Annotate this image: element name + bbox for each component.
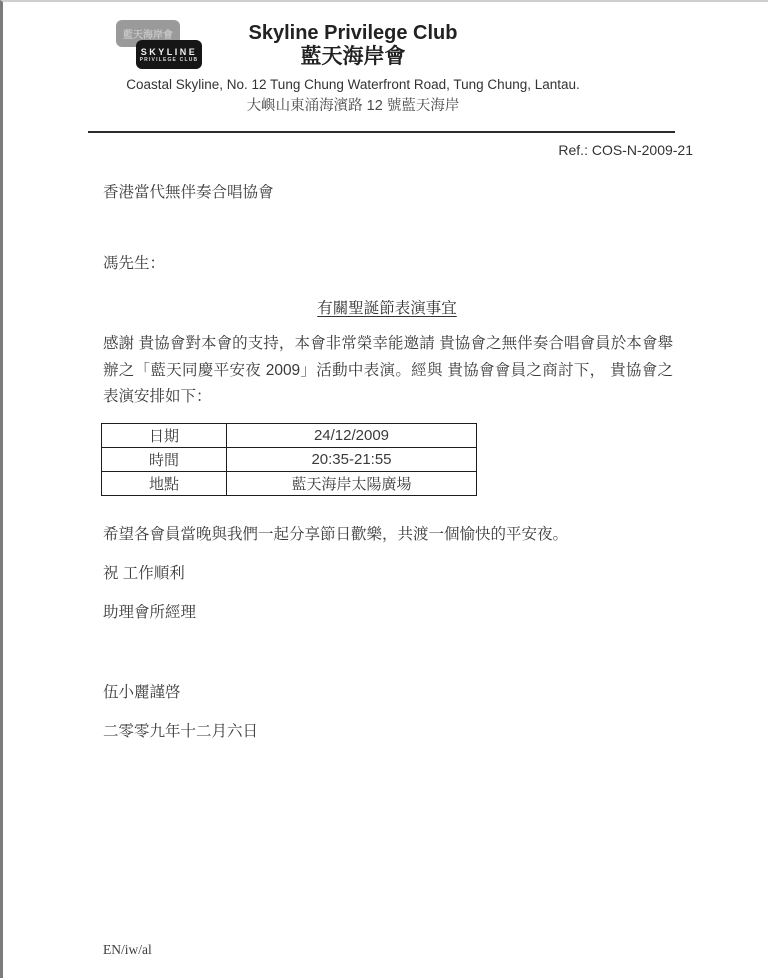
club-address-chinese: 大嶼山東涌海濱路 12 號藍天海岸	[88, 98, 618, 115]
footer-initials: EN/iw/al	[103, 942, 152, 958]
table-row-venue: 地點 藍天海岸太陽廣場	[102, 472, 477, 496]
sender-title-line: 助理會所經理	[103, 600, 196, 622]
table-cell-date-label: 日期	[102, 424, 227, 448]
table-cell-time-label: 時間	[102, 448, 227, 472]
closing-paragraph: 希望各會員當晚與我們一起分享節日歡樂，共渡一個愉快的平安夜。	[103, 522, 568, 544]
subject-line: 有關聖誕節表演事宜	[103, 296, 671, 318]
table-cell-venue-value: 藍天海岸太陽廣場	[227, 472, 477, 496]
reference-number: Ref.: COS-N-2009-21	[3, 142, 693, 158]
well-wish-line: 祝 工作順利	[103, 561, 185, 583]
club-address-english: Coastal Skyline, No. 12 Tung Chung Water…	[88, 77, 618, 93]
club-title-english: Skyline Privilege Club	[88, 22, 618, 44]
letter-date-line: 二零零九年十二月六日	[103, 719, 258, 741]
table-cell-date-value: 24/12/2009	[227, 424, 477, 448]
scanned-letter-page: 藍天海岸會 SKYLINE PRIVILEGE CLUB Skyline Pri…	[0, 0, 768, 978]
body-paragraph: 感謝 貴協會對本會的支持，本會非常榮幸能邀請 貴協會之無伴奏合唱會員於本會舉辦之…	[103, 331, 673, 411]
table-cell-time-value: 20:35-21:55	[227, 448, 477, 472]
letterhead: Skyline Privilege Club 藍天海岸會 Coastal Sky…	[88, 22, 618, 115]
club-title-chinese: 藍天海岸會	[88, 45, 618, 69]
table-row-time: 時間 20:35-21:55	[102, 448, 477, 472]
table-cell-venue-label: 地點	[102, 472, 227, 496]
table-row-date: 日期 24/12/2009	[102, 424, 477, 448]
salutation-line: 馮先生：	[103, 251, 165, 273]
letterhead-divider	[88, 131, 675, 133]
recipient-line: 香港當代無伴奏合唱協會	[103, 180, 274, 202]
sender-name-line: 伍小麗謹啓	[103, 680, 181, 702]
performance-schedule-table: 日期 24/12/2009 時間 20:35-21:55 地點 藍天海岸太陽廣場	[101, 423, 477, 496]
subject-text: 有關聖誕節表演事宜	[317, 300, 457, 317]
